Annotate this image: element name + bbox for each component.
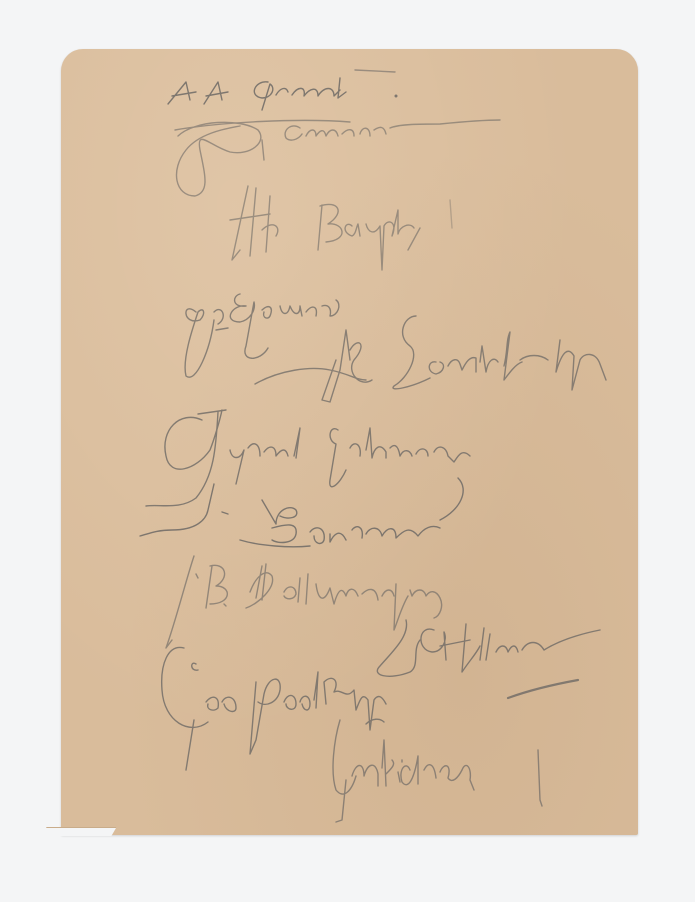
signature-cameron (175, 120, 500, 196)
signature-sealy (255, 316, 606, 402)
signature-bayley (230, 186, 452, 270)
signature-label: J. E. D. Sealy (255, 370, 260, 371)
signature-kidney (333, 720, 542, 822)
signature-label: L. G. Hylton (375, 655, 380, 656)
signature-headley (162, 647, 386, 770)
signature-label: Geo Headley (165, 705, 170, 706)
signature-label: G. E. Gomez (188, 310, 193, 311)
signature-stollmeyer (166, 556, 442, 648)
signature-hylton (377, 620, 600, 698)
signature-label: Tyrell Johnson (165, 440, 171, 441)
signature-label: J. B. Stollmeyer (170, 590, 176, 591)
signature-barrow (140, 478, 463, 547)
signature-johnson (146, 410, 470, 506)
signature-label: H. G. Bayley (230, 225, 235, 226)
signature-label: J. P. Cameron (175, 130, 181, 131)
signature-gomez (185, 294, 339, 377)
signature-label: I. Barrow (210, 515, 214, 516)
signature-label: J. M. Kidney (330, 780, 335, 781)
signature-grant (168, 70, 397, 110)
signature-label: R. S. Grant (168, 95, 173, 96)
signatures-layer (0, 0, 695, 902)
